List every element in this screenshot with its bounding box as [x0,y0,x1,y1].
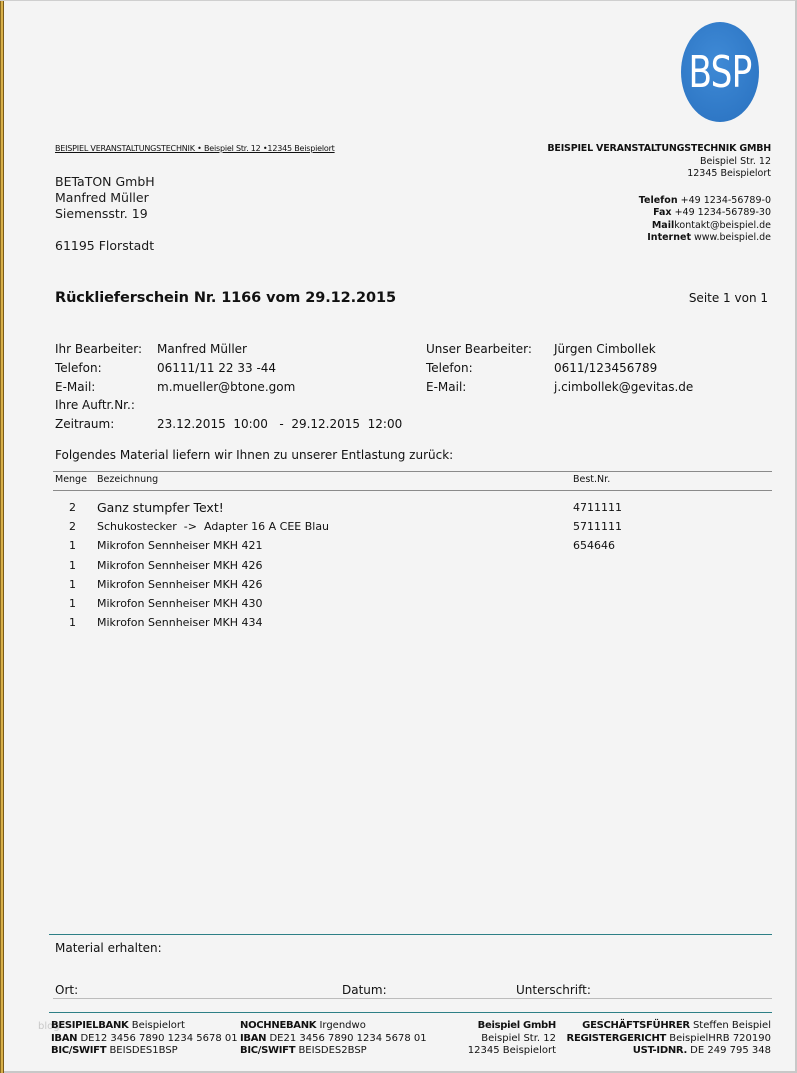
signature-top-rule [49,934,772,935]
contact-internet: Internet www.beispiel.de [547,232,771,245]
recipient-address: BETaTON GmbH Manfred Müller Siemensstr. … [55,174,155,254]
info-row: E-Mail:j.cimbollek@gevitas.de [426,378,693,397]
info-row: E-Mail:m.mueller@btone.gom [55,378,402,397]
header-order-no: Best.Nr. [573,474,610,485]
row-desc: Schukostecker -> Adapter 16 A CEE Blau [97,517,329,536]
footer-bank-1: BESIPIELBANK Beispielort IBAN DE12 3456 … [51,1020,238,1058]
row-qty: 2 [69,517,76,536]
row-qty: 1 [69,594,76,613]
document-title: Rücklieferschein Nr. 1166 vom 29.12.2015 [55,290,396,306]
company-logo: BSP [681,22,759,122]
company-name: BEISPIEL VERANSTALTUNGSTECHNIK GMBH [547,143,771,156]
row-qty: 1 [69,613,76,632]
date-label: Datum: [342,983,387,997]
contact-mail: Mailkontakt@beispiel.de [547,220,771,233]
company-street: Beispiel Str. 12 [547,156,771,169]
contact-fax: Fax +49 1234-56789-30 [547,207,771,220]
row-qty: 1 [69,556,76,575]
signature-label: Unterschrift: [516,983,591,997]
row-qty: 2 [69,498,76,517]
footer-bank-2: NOCHNEBANK Irgendwo IBAN DE21 3456 7890 … [240,1020,427,1058]
info-row: Telefon:06111/11 22 33 -44 [55,359,402,378]
info-row: Ihr Bearbeiter:Manfred Müller [55,340,402,359]
table-row: 2Ganz stumpfer Text!4711111 [55,498,772,517]
row-desc: Mikrofon Sennheiser MKH 434 [97,613,262,632]
table-row: 1Mikrofon Sennheiser MKH 426 [55,556,772,575]
info-row: Ihre Auftr.Nr.: [55,396,402,415]
document-page: BSP BEISPIEL VERANSTALTUNGSTECHNIK • Bei… [0,0,797,1073]
table-row: 1Mikrofon Sennheiser MKH 421654646 [55,536,772,555]
row-desc: Mikrofon Sennheiser MKH 421 [97,536,262,555]
row-order-no: 4711111 [573,498,622,517]
row-order-no: 5711111 [573,517,622,536]
footer-address: Beispiel GmbH Beispiel Str. 12 12345 Bei… [468,1020,556,1058]
table-row: 2Schukostecker -> Adapter 16 A CEE Blau5… [55,517,772,536]
table-row: 1Mikrofon Sennheiser MKH 434 [55,613,772,632]
recipient-street: Siemensstr. 19 [55,206,155,222]
row-qty: 1 [69,575,76,594]
row-desc: Ganz stumpfer Text! [97,498,224,517]
place-label: Ort: [55,983,78,997]
material-table: 2Ganz stumpfer Text!47111112Schukostecke… [55,498,772,632]
signature-bottom-rule [53,998,772,999]
table-header: Menge Bezeichnung Best.Nr. [55,474,772,488]
table-top-rule [53,471,772,472]
company-contact-info: Unser Bearbeiter:Jürgen Cimbollek Telefo… [426,340,693,396]
row-desc: Mikrofon Sennheiser MKH 430 [97,594,262,613]
page-number: Seite 1 von 1 [689,291,768,305]
row-order-no: 654646 [573,536,615,555]
info-row: Unser Bearbeiter:Jürgen Cimbollek [426,340,693,359]
intro-text: Folgendes Material liefern wir Ihnen zu … [55,448,453,462]
logo-text: BSP [688,47,751,98]
header-desc: Bezeichnung [97,474,158,485]
row-desc: Mikrofon Sennheiser MKH 426 [97,575,262,594]
recipient-company: BETaTON GmbH [55,174,155,190]
table-row: 1Mikrofon Sennheiser MKH 426 [55,575,772,594]
table-row: 1Mikrofon Sennheiser MKH 430 [55,594,772,613]
info-row: Zeitraum:23.12.2015 10:00 - 29.12.2015 1… [55,415,402,434]
table-header-rule [53,490,772,491]
customer-info: Ihr Bearbeiter:Manfred Müller Telefon:06… [55,340,402,434]
recipient-city: 61195 Florstadt [55,238,155,254]
header-qty: Menge [55,474,87,485]
info-row: Telefon:0611/123456789 [426,359,693,378]
row-qty: 1 [69,536,76,555]
footer-legal: GESCHÄFTSFÜHRER Steffen Beispiel REGISTE… [567,1020,771,1058]
company-city: 12345 Beispielort [547,168,771,181]
company-contacts: Telefon +49 1234-56789-0 Fax +49 1234-56… [547,195,771,245]
material-received-label: Material erhalten: [55,941,162,955]
company-info: BEISPIEL VERANSTALTUNGSTECHNIK GMBH Beis… [547,143,771,245]
sender-return-address: BEISPIEL VERANSTALTUNGSTECHNIK • Beispie… [55,144,335,153]
contact-phone: Telefon +49 1234-56789-0 [547,195,771,208]
row-desc: Mikrofon Sennheiser MKH 426 [97,556,262,575]
page-edge-border [0,1,4,1073]
recipient-name: Manfred Müller [55,190,155,206]
footer-rule [49,1012,772,1013]
